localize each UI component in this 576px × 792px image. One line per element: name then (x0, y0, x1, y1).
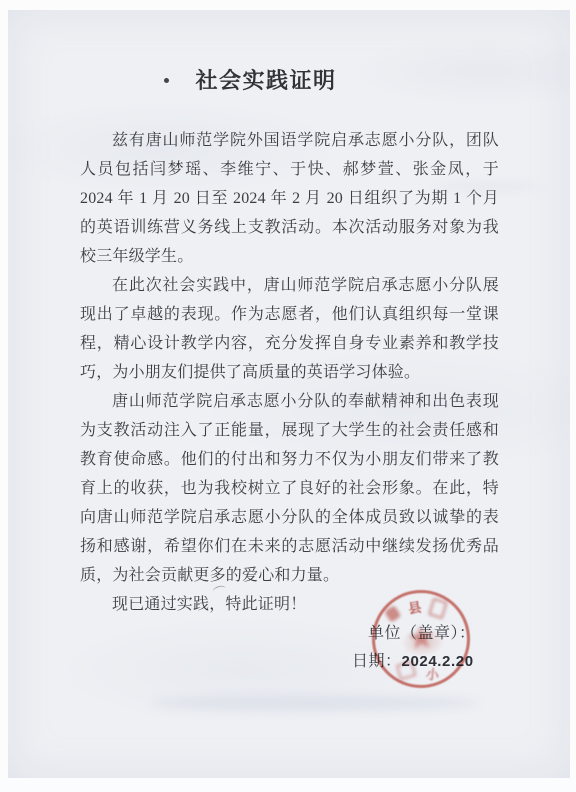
document-title: 社会实践证明 (0, 64, 554, 95)
scan-smudge (150, 696, 480, 710)
scan-smudge (432, 182, 542, 191)
paragraph-performance: 在此次社会实践中，唐山师范学院启承志愿小分队展现出了卓越的表现。作为志愿者，他们… (80, 271, 499, 387)
document-body: 兹有唐山师范学院外国语学院启承志愿小分队，团队人员包括闫梦瑶、李维宁、于快、郝梦… (80, 126, 499, 619)
scan-edge (0, 778, 576, 792)
official-seal-stamp: 县 小 ★ (367, 585, 475, 693)
paragraph-intro: 兹有唐山师范学院外国语学院启承志愿小分队，团队人员包括闫梦瑶、李维宁、于快、郝梦… (80, 126, 499, 271)
seal-star-emblem: ★ (405, 617, 437, 657)
paragraph-commendation: 唐山师范学院启承志愿小分队的奉献精神和出色表现为支教活动注入了正能量，展现了大学… (80, 387, 499, 590)
seal-char-top: 县 (407, 597, 423, 618)
title-row: 社会实践证明 (0, 64, 576, 96)
scanned-certificate-page: { "document": { "title_marker": "\u00b7"… (0, 0, 576, 792)
seal-char-bottom: 小 (425, 664, 440, 684)
